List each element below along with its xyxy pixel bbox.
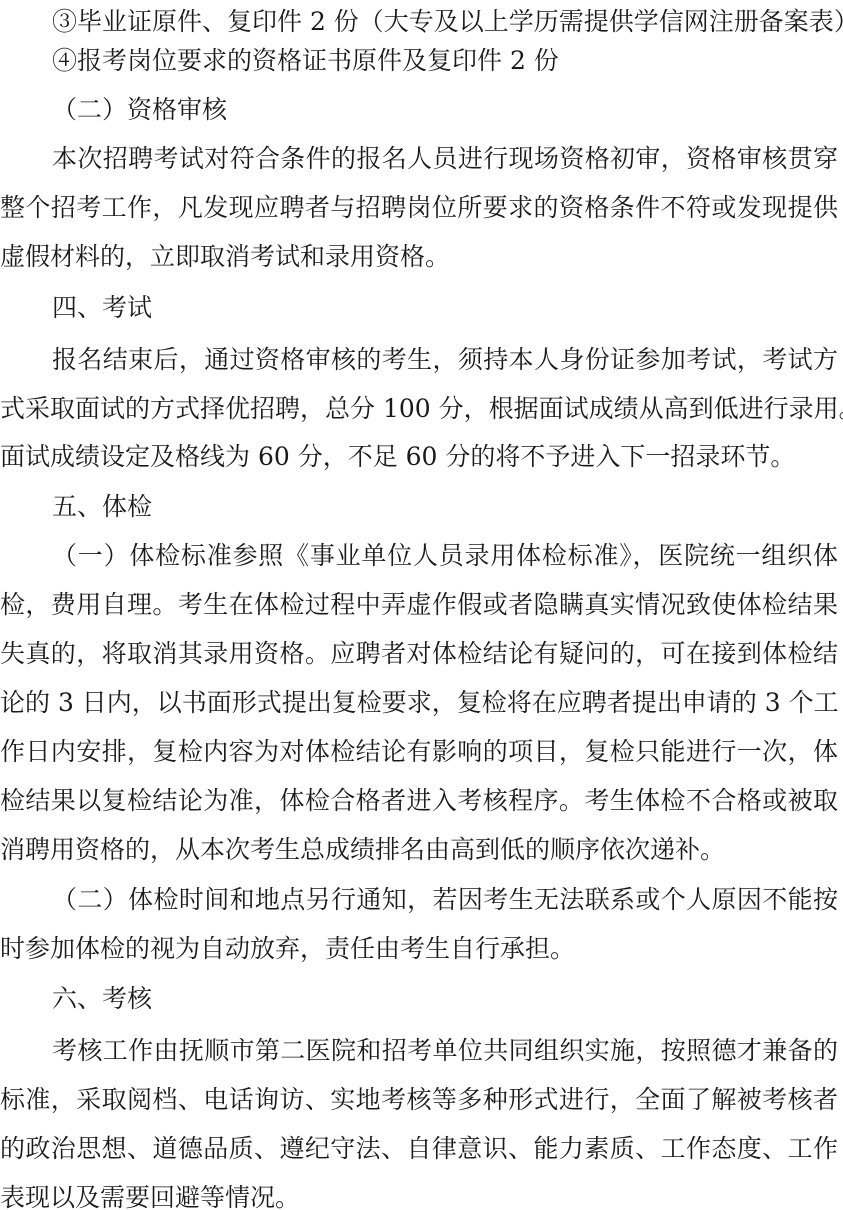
section-heading: 六、考核	[52, 979, 152, 1019]
paragraph-line: 式采取面试的方式择优招聘，总分 100 分，根据面试成绩从高到低进行录用。	[0, 389, 838, 429]
paragraph-line: 失真的，将取消其录用资格。应聘者对体检结论有疑问的，可在接到体检结	[0, 634, 838, 674]
list-item: ③毕业证原件、复印件 2 份（大专及以上学历需提供学信网注册备案表）;	[52, 2, 838, 42]
paragraph-line: 虚假材料的，立即取消考试和录用资格。	[0, 237, 838, 277]
paragraph-line: 本次招聘考试对符合条件的报名人员进行现场资格初审，资格审核贯穿	[52, 139, 838, 179]
section-heading: 五、体检	[52, 487, 152, 527]
paragraph-line: （一）体检标准参照《事业单位人员录用体检标准》，医院统一组织体	[52, 536, 838, 576]
paragraph-line: 检结果以复检结论为准，体检合格者进入考核程序。考生体检不合格或被取	[0, 781, 838, 821]
paragraph-line: 报名结束后，通过资格审核的考生，须持本人身份证参加考试，考试方	[52, 340, 838, 380]
paragraph-line: （二）体检时间和地点另行通知，若因考生无法联系或个人原因不能按	[52, 880, 838, 920]
paragraph-line: 整个招考工作，凡发现应聘者与招聘岗位所要求的资格条件不符或发现提供	[0, 188, 838, 228]
paragraph-line: 作日内安排，复检内容为对体检结论有影响的项目，复检只能进行一次，体	[0, 732, 838, 772]
paragraph-line: 标准，采取阅档、电话询访、实地考核等多种形式进行，全面了解被考核者	[0, 1080, 838, 1120]
paragraph-line: 表现以及需要回避等情况。	[0, 1178, 838, 1210]
paragraph-line: 的政治思想、道德品质、遵纪守法、自律意识、能力素质、工作态度、工作	[0, 1129, 838, 1169]
paragraph-line: 检，费用自理。考生在体检过程中弄虚作假或者隐瞒真实情况致使体检结果	[0, 585, 838, 625]
section-heading: 四、考试	[52, 288, 152, 328]
paragraph-line: 考核工作由抚顺市第二医院和招考单位共同组织实施，按照德才兼备的	[52, 1031, 838, 1071]
paragraph-line: 消聘用资格的，从本次考生总成绩排名由高到低的顺序依次递补。	[0, 830, 838, 870]
paragraph-line: 时参加体检的视为自动放弃，责任由考生自行承担。	[0, 929, 838, 969]
document-page: ③毕业证原件、复印件 2 份（大专及以上学历需提供学信网注册备案表）;④报考岗位…	[0, 0, 843, 1210]
subsection-heading: （二）资格审核	[52, 90, 838, 130]
list-item: ④报考岗位要求的资格证书原件及复印件 2 份	[52, 41, 838, 81]
paragraph-line: 面试成绩设定及格线为 60 分，不足 60 分的将不予进入下一招录环节。	[0, 437, 838, 477]
paragraph-line: 论的 3 日内，以书面形式提出复检要求，复检将在应聘者提出申请的 3 个工	[0, 683, 838, 723]
